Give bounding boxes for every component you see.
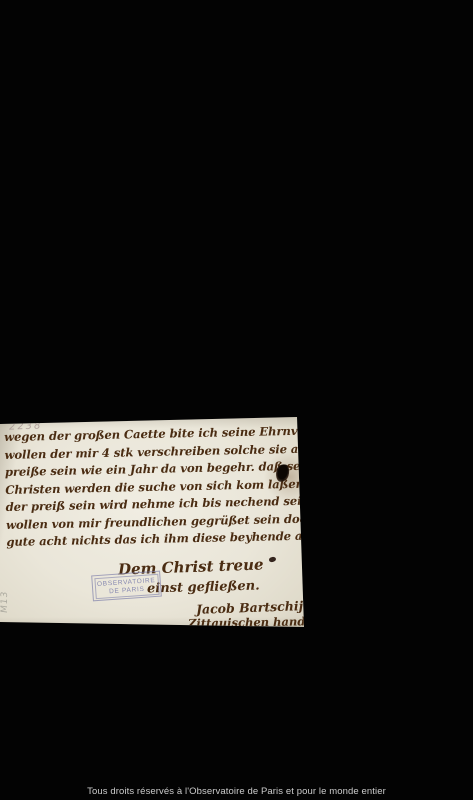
manuscript-paper: 2238 wegen der großen Caette bite ich se… xyxy=(0,415,312,637)
letter-body: wegen der großen Caette bite ich seine E… xyxy=(4,423,306,552)
margin-pencil-mark: M13 xyxy=(0,590,10,614)
observatory-stamp: OBSERVATOIRE DE PARIS xyxy=(91,571,162,602)
observatory-stamp-border: OBSERVATOIRE DE PARIS xyxy=(94,573,159,598)
ink-dot xyxy=(269,556,277,562)
closing-line: einst gefließen. xyxy=(147,579,260,597)
copyright-caption: Tous droits réservés à l'Observatoire de… xyxy=(0,786,473,797)
signature-line: Zittauischen handschrifft xyxy=(188,614,353,631)
archive-photo-background: 2238 wegen der großen Caette bite ich se… xyxy=(0,0,473,800)
